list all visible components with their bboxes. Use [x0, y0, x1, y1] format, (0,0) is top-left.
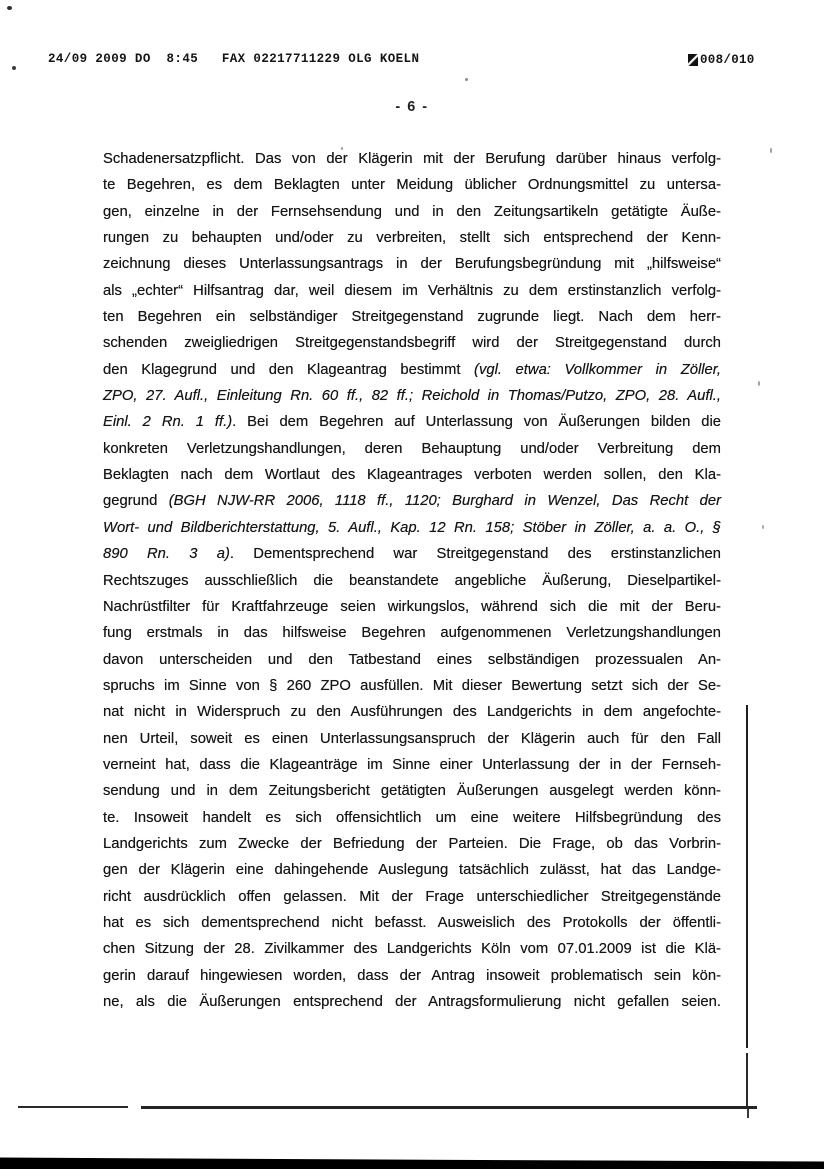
- body-run: davon unterscheiden und den Tatbestand e…: [103, 652, 721, 668]
- text-line: nat nicht in Widerspruch zu den Ausführu…: [103, 699, 721, 725]
- scan-horizontal-rule: [141, 1106, 757, 1109]
- body-run: sendung und in dem Zeitungsbericht getät…: [103, 783, 721, 799]
- text-line: gerin darauf hingewiesen worden, dass de…: [103, 963, 721, 989]
- body-run: den Klagegrund und den Klageantrag besti…: [103, 362, 474, 378]
- page-number: - 6 -: [103, 99, 721, 115]
- text-line: sendung und in dem Zeitungsbericht getät…: [103, 778, 721, 804]
- scan-speck: [770, 148, 772, 153]
- text-line: als „echter“ Hilfsantrag dar, weil diese…: [103, 278, 721, 304]
- text-line: spruchs im Sinne von § 260 ZPO ausfüllen…: [103, 673, 721, 699]
- scan-vertical-rule: [746, 1053, 748, 1108]
- body-run: Beklagten nach dem Wortlaut des Klageant…: [103, 467, 721, 483]
- text-line: davon unterscheiden und den Tatbestand e…: [103, 647, 721, 673]
- citation-text: Einl. 2 Rn. 1 ff.): [103, 414, 232, 430]
- scan-vertical-rule: [746, 705, 748, 1048]
- scanner-edge-bar: [0, 1156, 824, 1169]
- scan-speck: [341, 147, 343, 150]
- scan-speck: [465, 78, 468, 81]
- body-text: Schadenersatzpflicht. Das von der Kläger…: [103, 146, 721, 1015]
- text-line: Wort- und Bildberichterstattung, 5. Aufl…: [103, 515, 721, 541]
- body-run: nen Urteil, soweit es einen Unterlassung…: [103, 731, 721, 747]
- body-run: ne, als die Äußerungen entsprechend der …: [103, 994, 721, 1010]
- text-line: Nachrüstfilter für Kraftfahrzeuge seien …: [103, 594, 721, 620]
- body-run: . Bei dem Begehren auf Unterlassung von …: [232, 414, 721, 430]
- body-run: rungen zu behaupten und/oder zu verbreit…: [103, 230, 721, 246]
- scan-vertical-rule: [747, 1108, 749, 1118]
- citation-text: (BGH NJW-RR 2006, 1118 ff., 1120; Burgha…: [169, 493, 721, 509]
- body-run: te. Insoweit handelt es sich offensichtl…: [103, 810, 721, 826]
- body-run: nat nicht in Widerspruch zu den Ausführu…: [103, 704, 721, 720]
- body-run: Rechtszuges ausschließlich die beanstand…: [103, 573, 721, 589]
- body-run: Schadenersatzpflicht. Das von der Kläger…: [103, 151, 721, 167]
- text-line: 890 Rn. 3 a). Dementsprechend war Streit…: [103, 541, 721, 567]
- text-line: rungen zu behaupten und/oder zu verbreit…: [103, 225, 721, 251]
- body-run: konkreten Verletzungshandlungen, deren B…: [103, 441, 721, 457]
- body-run: zeichnung dieses Unterlassungsantrags in…: [103, 256, 721, 272]
- text-line: Rechtszuges ausschließlich die beanstand…: [103, 568, 721, 594]
- body-run: fung erstmals in das hilfsweise Begehren…: [103, 625, 721, 641]
- text-line: nen Urteil, soweit es einen Unterlassung…: [103, 726, 721, 752]
- citation-text: (vgl. etwa: Vollkommer in Zöller,: [474, 362, 721, 378]
- body-run: spruchs im Sinne von § 260 ZPO ausfüllen…: [103, 678, 721, 694]
- citation-text: ZPO, 27. Aufl., Einleitung Rn. 60 ff., 8…: [103, 388, 721, 404]
- text-line: ne, als die Äußerungen entsprechend der …: [103, 989, 721, 1015]
- body-run: te Begehren, es dem Beklagten unter Meid…: [103, 177, 721, 193]
- fax-page-icon: [688, 54, 698, 66]
- body-run: gen, einzelne in der Fernsehsendung und …: [103, 204, 721, 220]
- text-line: schenden zweigliedrigen Streitgegenstand…: [103, 330, 721, 356]
- text-line: verneint hat, dass die Klageanträge im S…: [103, 752, 721, 778]
- body-run: hat es sich dementsprechend nicht befass…: [103, 915, 721, 931]
- body-run: verneint hat, dass die Klageanträge im S…: [103, 757, 721, 773]
- text-line: gegrund (BGH NJW-RR 2006, 1118 ff., 1120…: [103, 488, 721, 514]
- text-line: Beklagten nach dem Wortlaut des Klageant…: [103, 462, 721, 488]
- text-line: Landgerichts zum Zwecke der Befriedung d…: [103, 831, 721, 857]
- body-run: gerin darauf hingewiesen worden, dass de…: [103, 968, 721, 984]
- fax-page-counter-value: 008/010: [700, 53, 755, 67]
- body-run: ten Begehren ein selbständiger Streitgeg…: [103, 309, 721, 325]
- scan-horizontal-rule: [18, 1106, 128, 1108]
- body-run: . Dementsprechend war Streitgegenstand d…: [230, 546, 721, 562]
- body-run: gegrund: [103, 493, 169, 509]
- text-line: Einl. 2 Rn. 1 ff.). Bei dem Begehren auf…: [103, 409, 721, 435]
- scan-speck: [762, 525, 764, 529]
- text-line: richt ausdrücklich offen gelassen. Mit d…: [103, 884, 721, 910]
- scan-speck: [12, 66, 16, 70]
- text-line: ten Begehren ein selbständiger Streitgeg…: [103, 304, 721, 330]
- text-line: te Begehren, es dem Beklagten unter Meid…: [103, 172, 721, 198]
- body-run: chen Sitzung der 28. Zivilkammer des Lan…: [103, 941, 721, 957]
- body-run: schenden zweigliedrigen Streitgegenstand…: [103, 335, 721, 351]
- body-run: gen der Klägerin eine dahingehende Ausle…: [103, 862, 721, 878]
- text-line: te. Insoweit handelt es sich offensichtl…: [103, 805, 721, 831]
- citation-text: 890 Rn. 3 a): [103, 546, 230, 562]
- text-line: hat es sich dementsprechend nicht befass…: [103, 910, 721, 936]
- text-line: zeichnung dieses Unterlassungsantrags in…: [103, 251, 721, 277]
- scan-speck: [758, 381, 760, 386]
- citation-text: Wort- und Bildberichterstattung, 5. Aufl…: [103, 520, 721, 536]
- body-run: Landgerichts zum Zwecke der Befriedung d…: [103, 836, 721, 852]
- text-line: gen, einzelne in der Fernsehsendung und …: [103, 199, 721, 225]
- text-line: Schadenersatzpflicht. Das von der Kläger…: [103, 146, 721, 172]
- body-run: Nachrüstfilter für Kraftfahrzeuge seien …: [103, 599, 721, 615]
- text-line: konkreten Verletzungshandlungen, deren B…: [103, 436, 721, 462]
- body-run: richt ausdrücklich offen gelassen. Mit d…: [103, 889, 721, 905]
- fax-page-counter: 008/010: [688, 53, 755, 67]
- body-run: als „echter“ Hilfsantrag dar, weil diese…: [103, 283, 721, 299]
- fax-document-page: 24/09 2009 DO 8:45 FAX 02217711229 OLG K…: [0, 0, 824, 1169]
- scan-speck: [7, 6, 12, 10]
- text-line: gen der Klägerin eine dahingehende Ausle…: [103, 857, 721, 883]
- fax-header-line: 24/09 2009 DO 8:45 FAX 02217711229 OLG K…: [48, 52, 419, 66]
- text-line: chen Sitzung der 28. Zivilkammer des Lan…: [103, 936, 721, 962]
- text-line: fung erstmals in das hilfsweise Begehren…: [103, 620, 721, 646]
- text-line: ZPO, 27. Aufl., Einleitung Rn. 60 ff., 8…: [103, 383, 721, 409]
- text-line: den Klagegrund und den Klageantrag besti…: [103, 357, 721, 383]
